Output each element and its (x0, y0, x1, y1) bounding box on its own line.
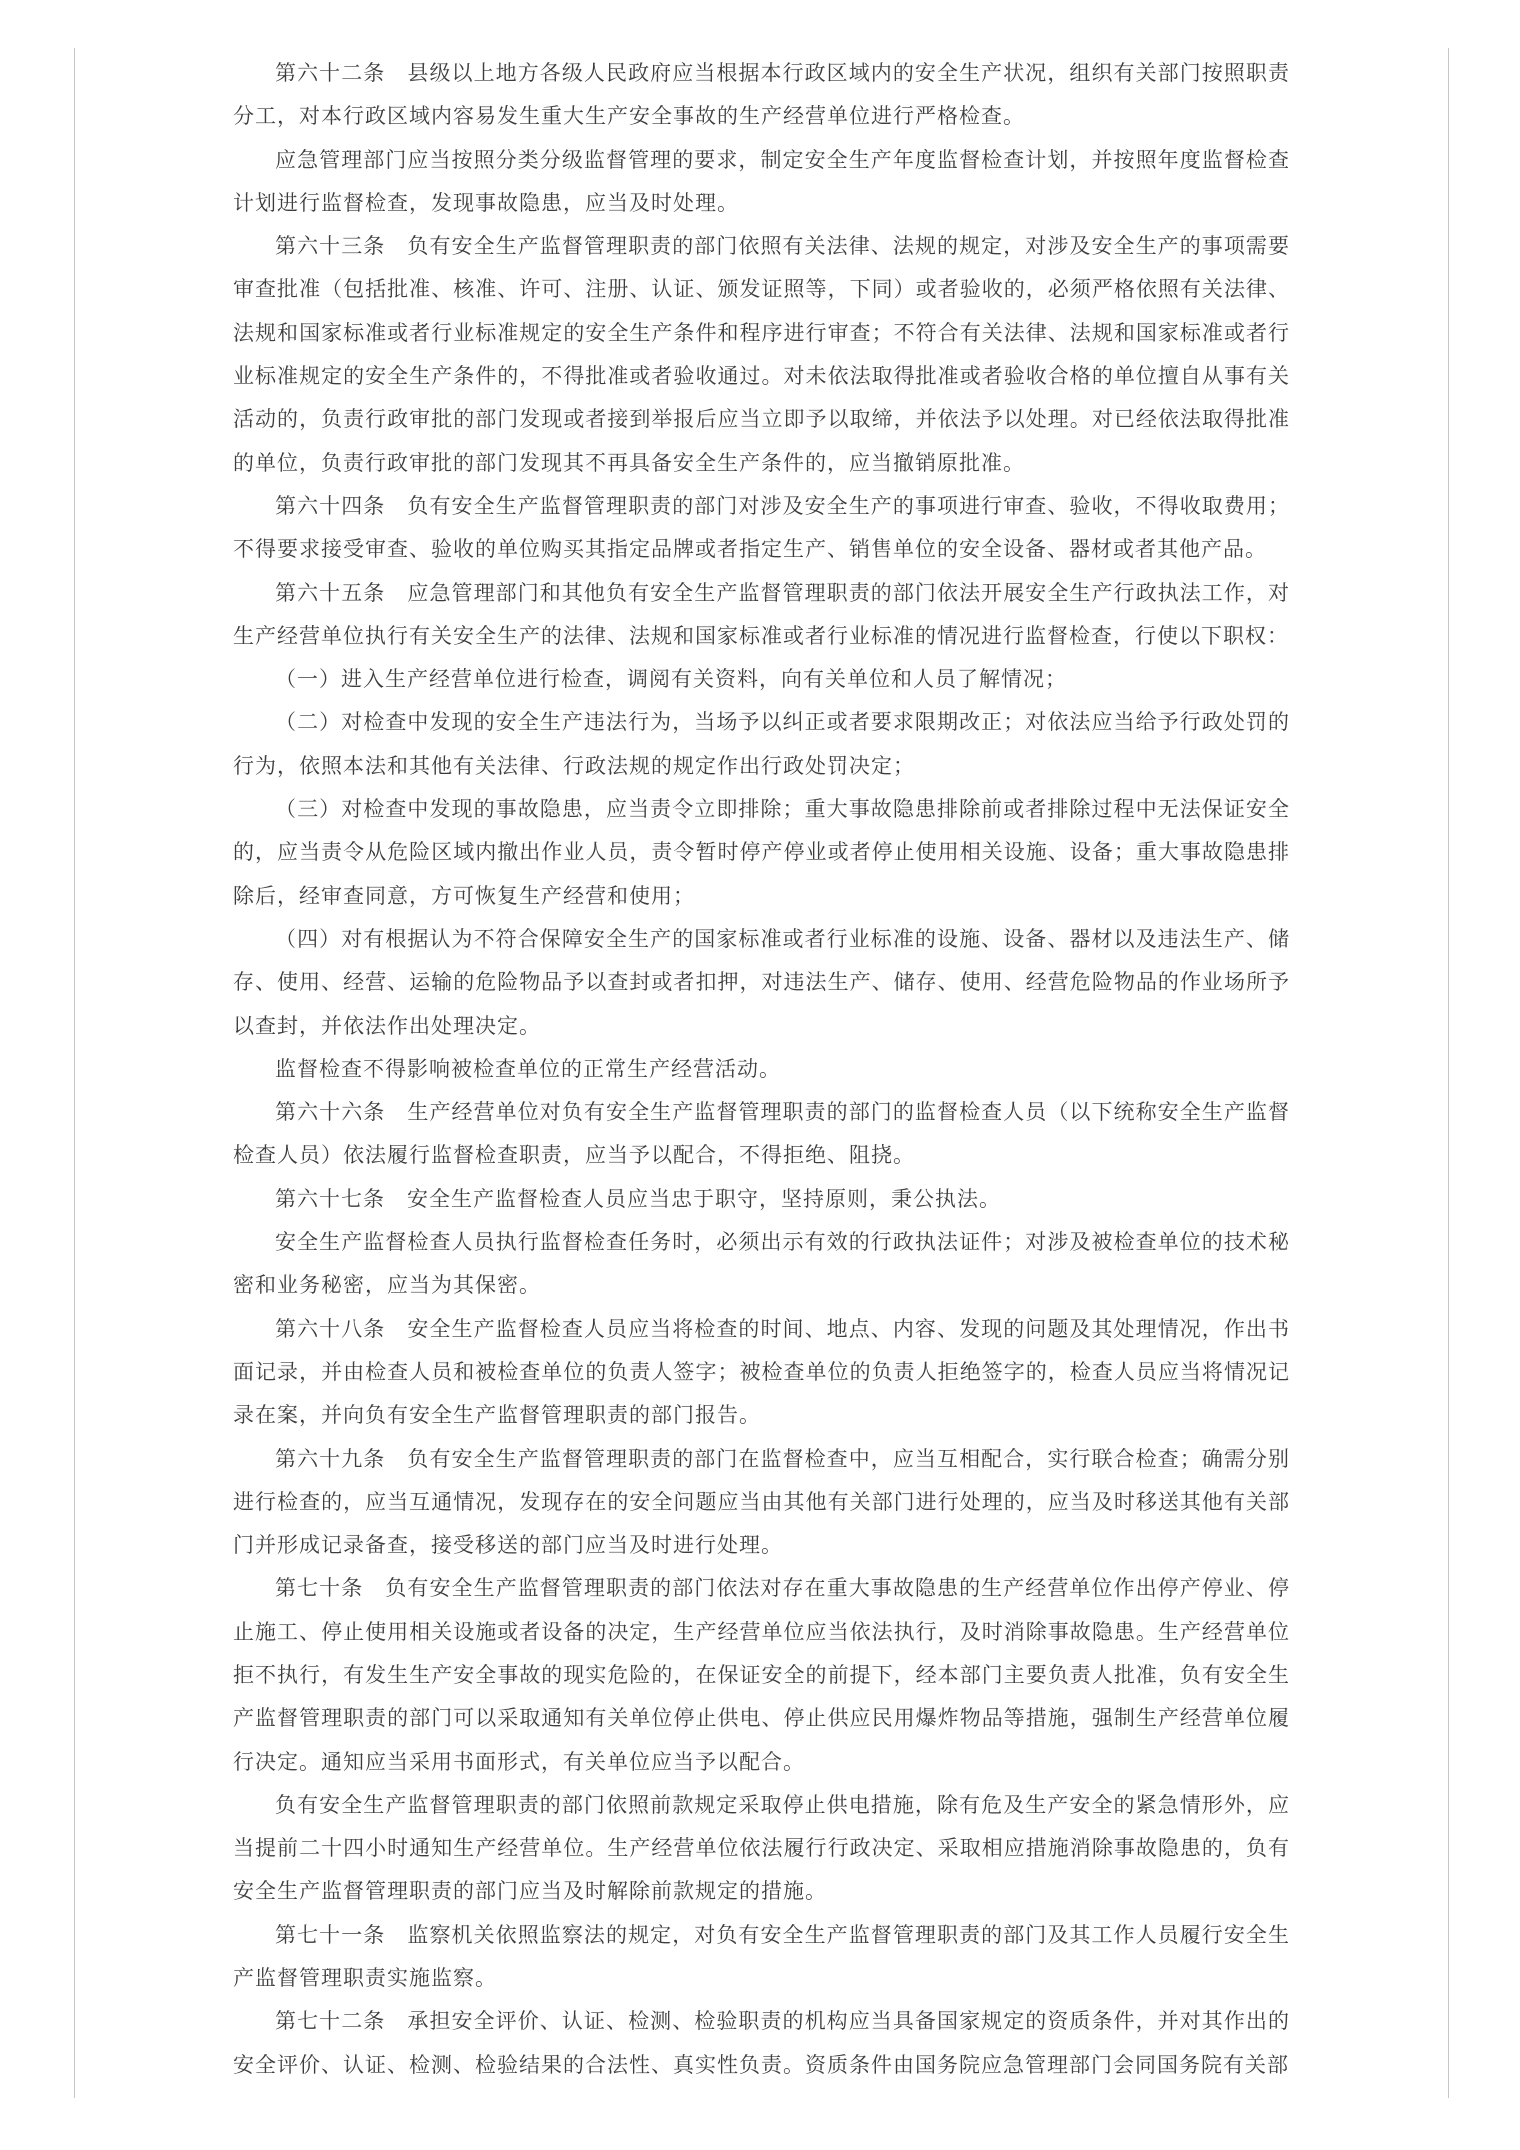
law-paragraph: 第六十五条 应急管理部门和其他负有安全生产监督管理职责的部门依法开展安全生产行政… (233, 572, 1290, 659)
law-paragraph: （四）对有根据认为不符合保障安全生产的国家标准或者行业标准的设施、设备、器材以及… (233, 918, 1290, 1048)
law-paragraph: （三）对检查中发现的事故隐患，应当责令立即排除；重大事故隐患排除前或者排除过程中… (233, 788, 1290, 918)
law-paragraph: 第六十八条 安全生产监督检查人员应当将检查的时间、地点、内容、发现的问题及其处理… (233, 1308, 1290, 1438)
law-paragraph: 第七十一条 监察机关依照监察法的规定，对负有安全生产监督管理职责的部门及其工作人… (233, 1914, 1290, 2001)
law-paragraph: 应急管理部门应当按照分类分级监督管理的要求，制定安全生产年度监督检查计划，并按照… (233, 139, 1290, 226)
law-paragraph: （二）对检查中发现的安全生产违法行为，当场予以纠正或者要求限期改正；对依法应当给… (233, 701, 1290, 788)
law-paragraph: 负有安全生产监督管理职责的部门依照前款规定采取停止供电措施，除有危及生产安全的紧… (233, 1784, 1290, 1914)
law-paragraph: 第六十九条 负有安全生产监督管理职责的部门在监督检查中，应当互相配合，实行联合检… (233, 1438, 1290, 1568)
law-paragraph: 第六十二条 县级以上地方各级人民政府应当根据本行政区域内的安全生产状况，组织有关… (233, 52, 1290, 139)
law-paragraph: 安全生产监督检查人员执行监督检查任务时，必须出示有效的行政执法证件；对涉及被检查… (233, 1221, 1290, 1308)
law-text-body: 第六十二条 县级以上地方各级人民政府应当根据本行政区域内的安全生产状况，组织有关… (75, 48, 1448, 2087)
law-paragraph: 第六十七条 安全生产监督检查人员应当忠于职守，坚持原则，秉公执法。 (233, 1178, 1290, 1221)
law-paragraph: 第七十二条 承担安全评价、认证、检测、检验职责的机构应当具备国家规定的资质条件，… (233, 2000, 1290, 2087)
law-paragraph: （一）进入生产经营单位进行检查，调阅有关资料，向有关单位和人员了解情况； (233, 658, 1290, 701)
law-paragraph: 第七十条 负有安全生产监督管理职责的部门依法对存在重大事故隐患的生产经营单位作出… (233, 1567, 1290, 1783)
law-paragraph: 第六十六条 生产经营单位对负有安全生产监督管理职责的部门的监督检查人员（以下统称… (233, 1091, 1290, 1178)
law-paragraph: 第六十四条 负有安全生产监督管理职责的部门对涉及安全生产的事项进行审查、验收，不… (233, 485, 1290, 572)
law-paragraph: 第六十三条 负有安全生产监督管理职责的部门依照有关法律、法规的规定，对涉及安全生… (233, 225, 1290, 485)
document-page: 第六十二条 县级以上地方各级人民政府应当根据本行政区域内的安全生产状况，组织有关… (74, 48, 1449, 2098)
law-paragraph: 监督检查不得影响被检查单位的正常生产经营活动。 (233, 1048, 1290, 1091)
